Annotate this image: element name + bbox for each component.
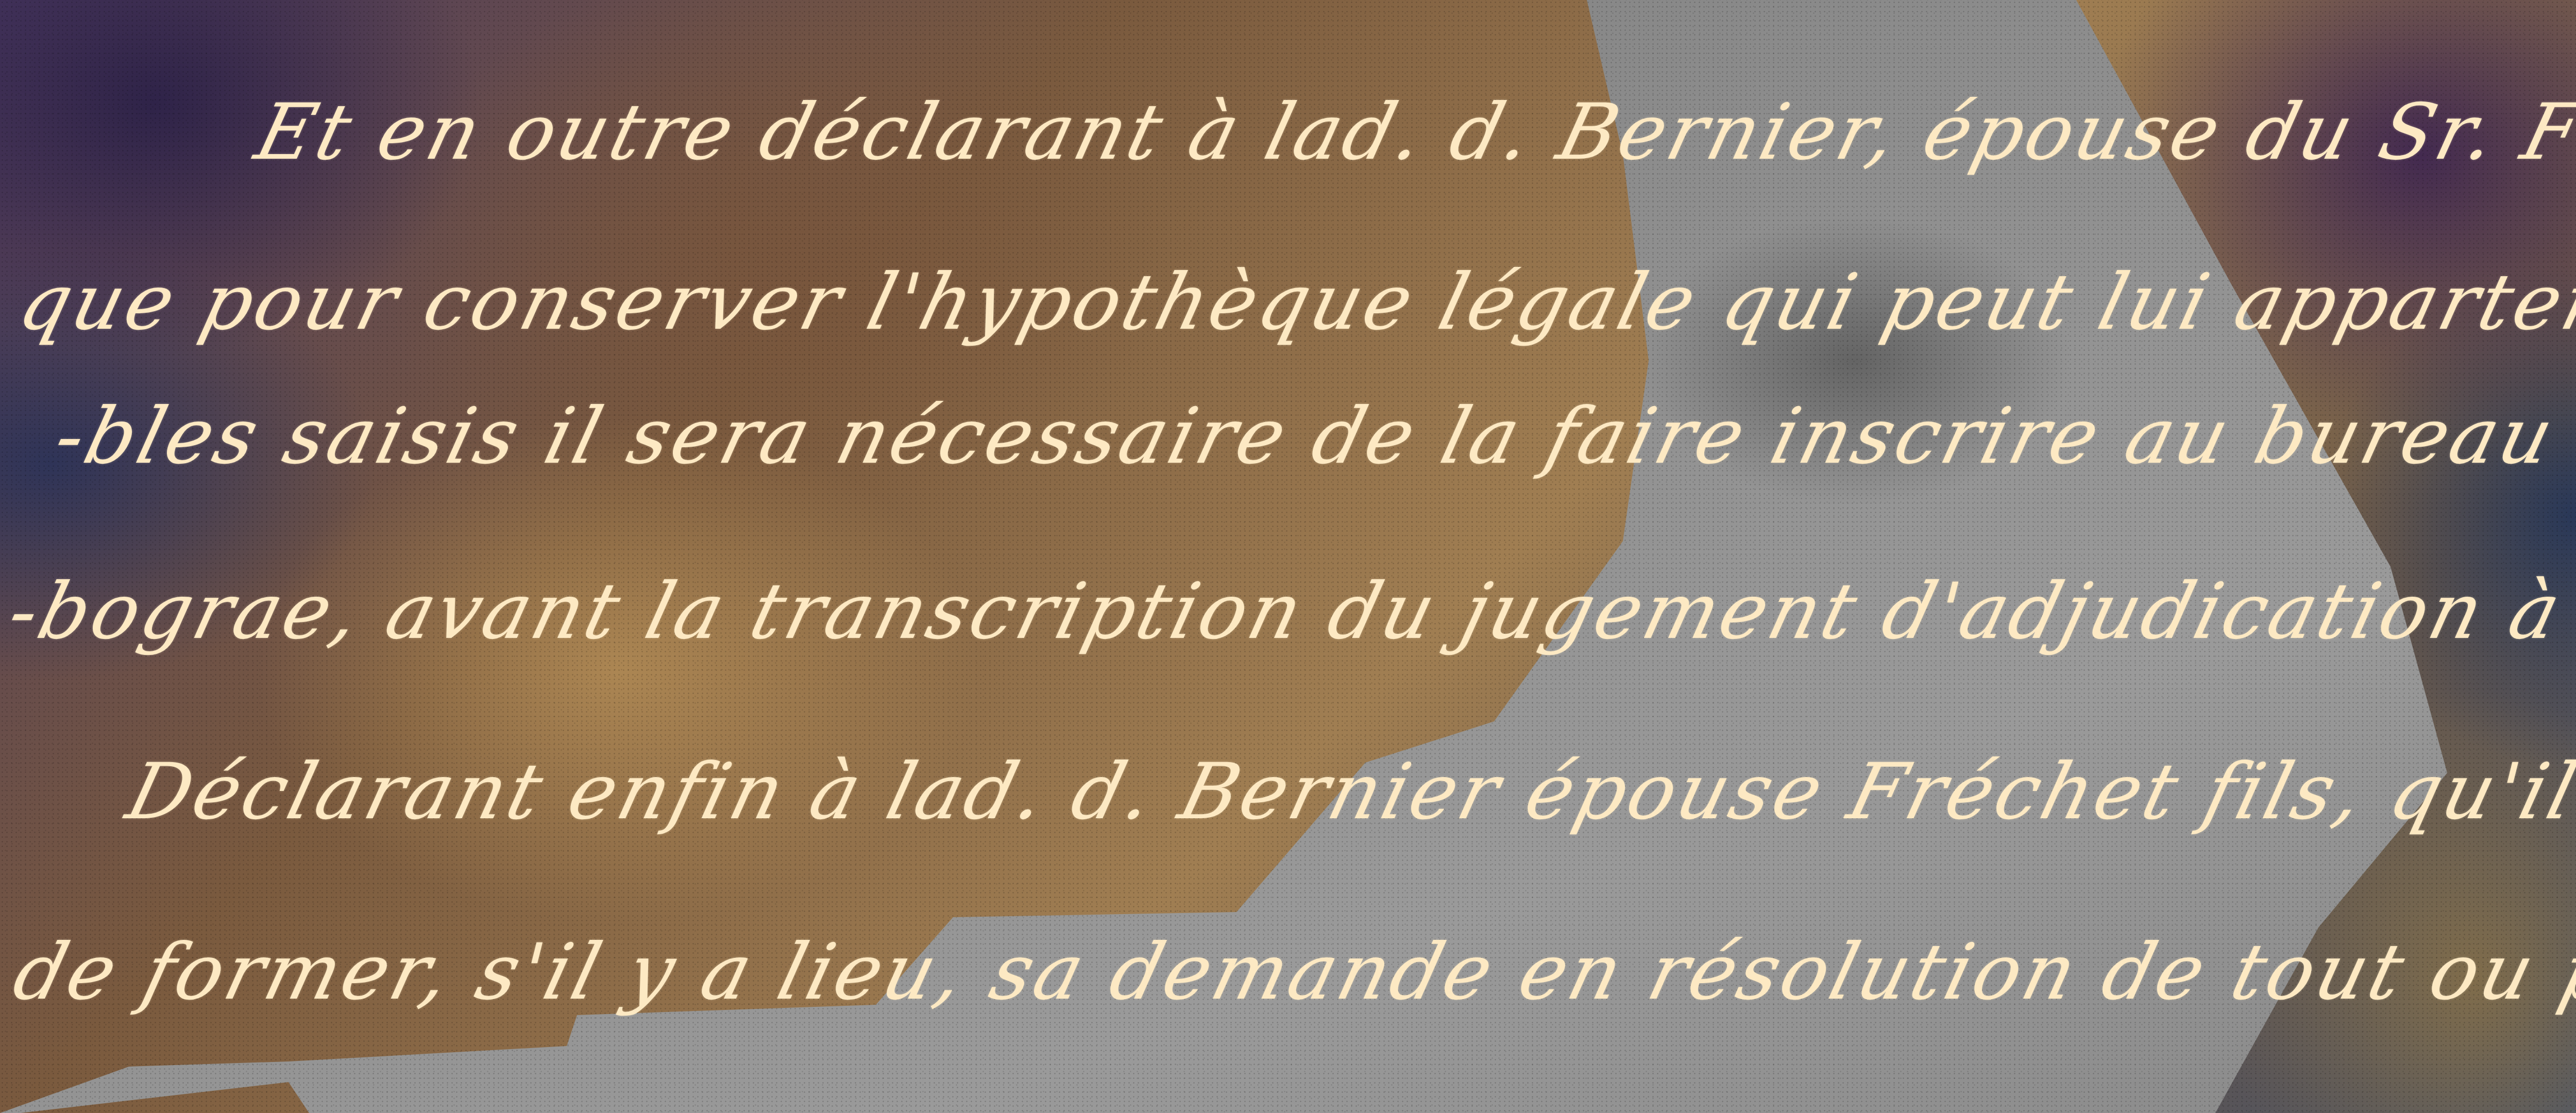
manuscript-line-3: -bles saisis il sera nécessaire de la fa… — [46, 392, 2576, 481]
manuscript-line-2: que pour conserver l'hypothèque légale q… — [10, 258, 2576, 347]
manuscript-line-4: -bograe, avant la transcription du jugem… — [0, 567, 2576, 656]
manuscript-line-5: Déclarant enfin à lad. d. Bernier épouse… — [118, 747, 2576, 837]
manuscript-line-6: de former, s'il y a lieu, sa demande en … — [5, 927, 2576, 1017]
manuscript-line-1: Et en outre déclarant à lad. d. Bernier,… — [247, 88, 2576, 177]
manuscript-text: Et en outre déclarant à lad. d. Bernier,… — [0, 0, 2576, 1113]
manuscript-page: Et en outre déclarant à lad. d. Bernier,… — [0, 0, 2576, 1113]
